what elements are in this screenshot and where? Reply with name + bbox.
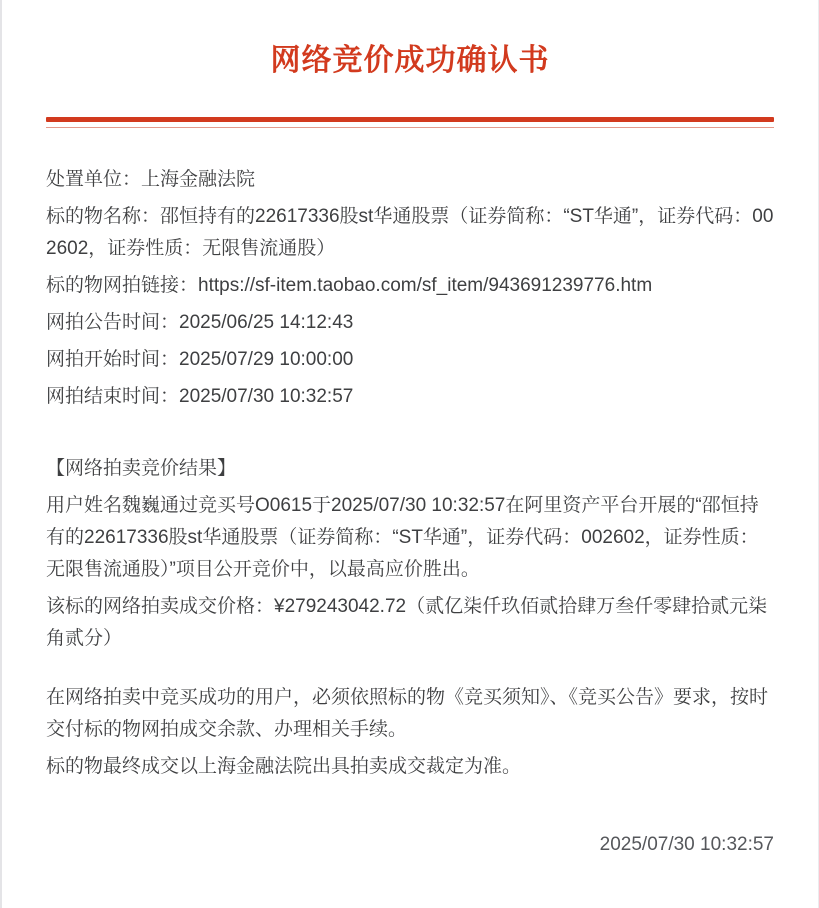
bidding-result-section: 【网络拍卖竞价结果】 用户姓名魏巍通过竞买号O0615于2025/07/30 1… bbox=[46, 453, 774, 655]
auction-info-section: 处置单位：上海金融法院 标的物名称：邵恒持有的22617336股st华通股票（证… bbox=[46, 164, 774, 413]
footer-timestamp: 2025/07/30 10:32:57 bbox=[46, 829, 774, 861]
announce-time-line: 网拍公告时间：2025/06/25 14:12:43 bbox=[46, 307, 774, 339]
final-price-paragraph: 该标的网络拍卖成交价格：¥279243042.72（贰亿柒仟玖佰贰拾肆万叁仟零肆… bbox=[46, 591, 774, 655]
title-divider bbox=[46, 117, 774, 128]
divider-thin-line bbox=[46, 127, 774, 128]
end-time-line: 网拍结束时间：2025/07/30 10:32:57 bbox=[46, 381, 774, 413]
page-title: 网络竞价成功确认书 bbox=[46, 0, 774, 78]
confirmation-document: 网络竞价成功确认书 处置单位：上海金融法院 标的物名称：邵恒持有的2261733… bbox=[2, 0, 818, 861]
start-time-line: 网拍开始时间：2025/07/29 10:00:00 bbox=[46, 344, 774, 376]
divider-thick-line bbox=[46, 117, 774, 122]
notes-section: 在网络拍卖中竞买成功的用户，必须依照标的物《竞买须知》、《竞买公告》要求，按时交… bbox=[46, 682, 774, 783]
result-section-heading: 【网络拍卖竞价结果】 bbox=[46, 453, 774, 485]
payment-obligation-note: 在网络拍卖中竞买成功的用户，必须依照标的物《竞买须知》、《竞买公告》要求，按时交… bbox=[46, 682, 774, 746]
final-ruling-note: 标的物最终成交以上海金融法院出具拍卖成交裁定为准。 bbox=[46, 751, 774, 783]
winning-bid-paragraph: 用户姓名魏巍通过竞买号O0615于2025/07/30 10:32:57在阿里资… bbox=[46, 490, 774, 586]
disposal-unit-line: 处置单位：上海金融法院 bbox=[46, 164, 774, 196]
subject-name-line: 标的物名称：邵恒持有的22617336股st华通股票（证券简称：“ST华通”，证… bbox=[46, 201, 774, 265]
auction-link-line: 标的物网拍链接：https://sf-item.taobao.com/sf_it… bbox=[46, 270, 774, 302]
